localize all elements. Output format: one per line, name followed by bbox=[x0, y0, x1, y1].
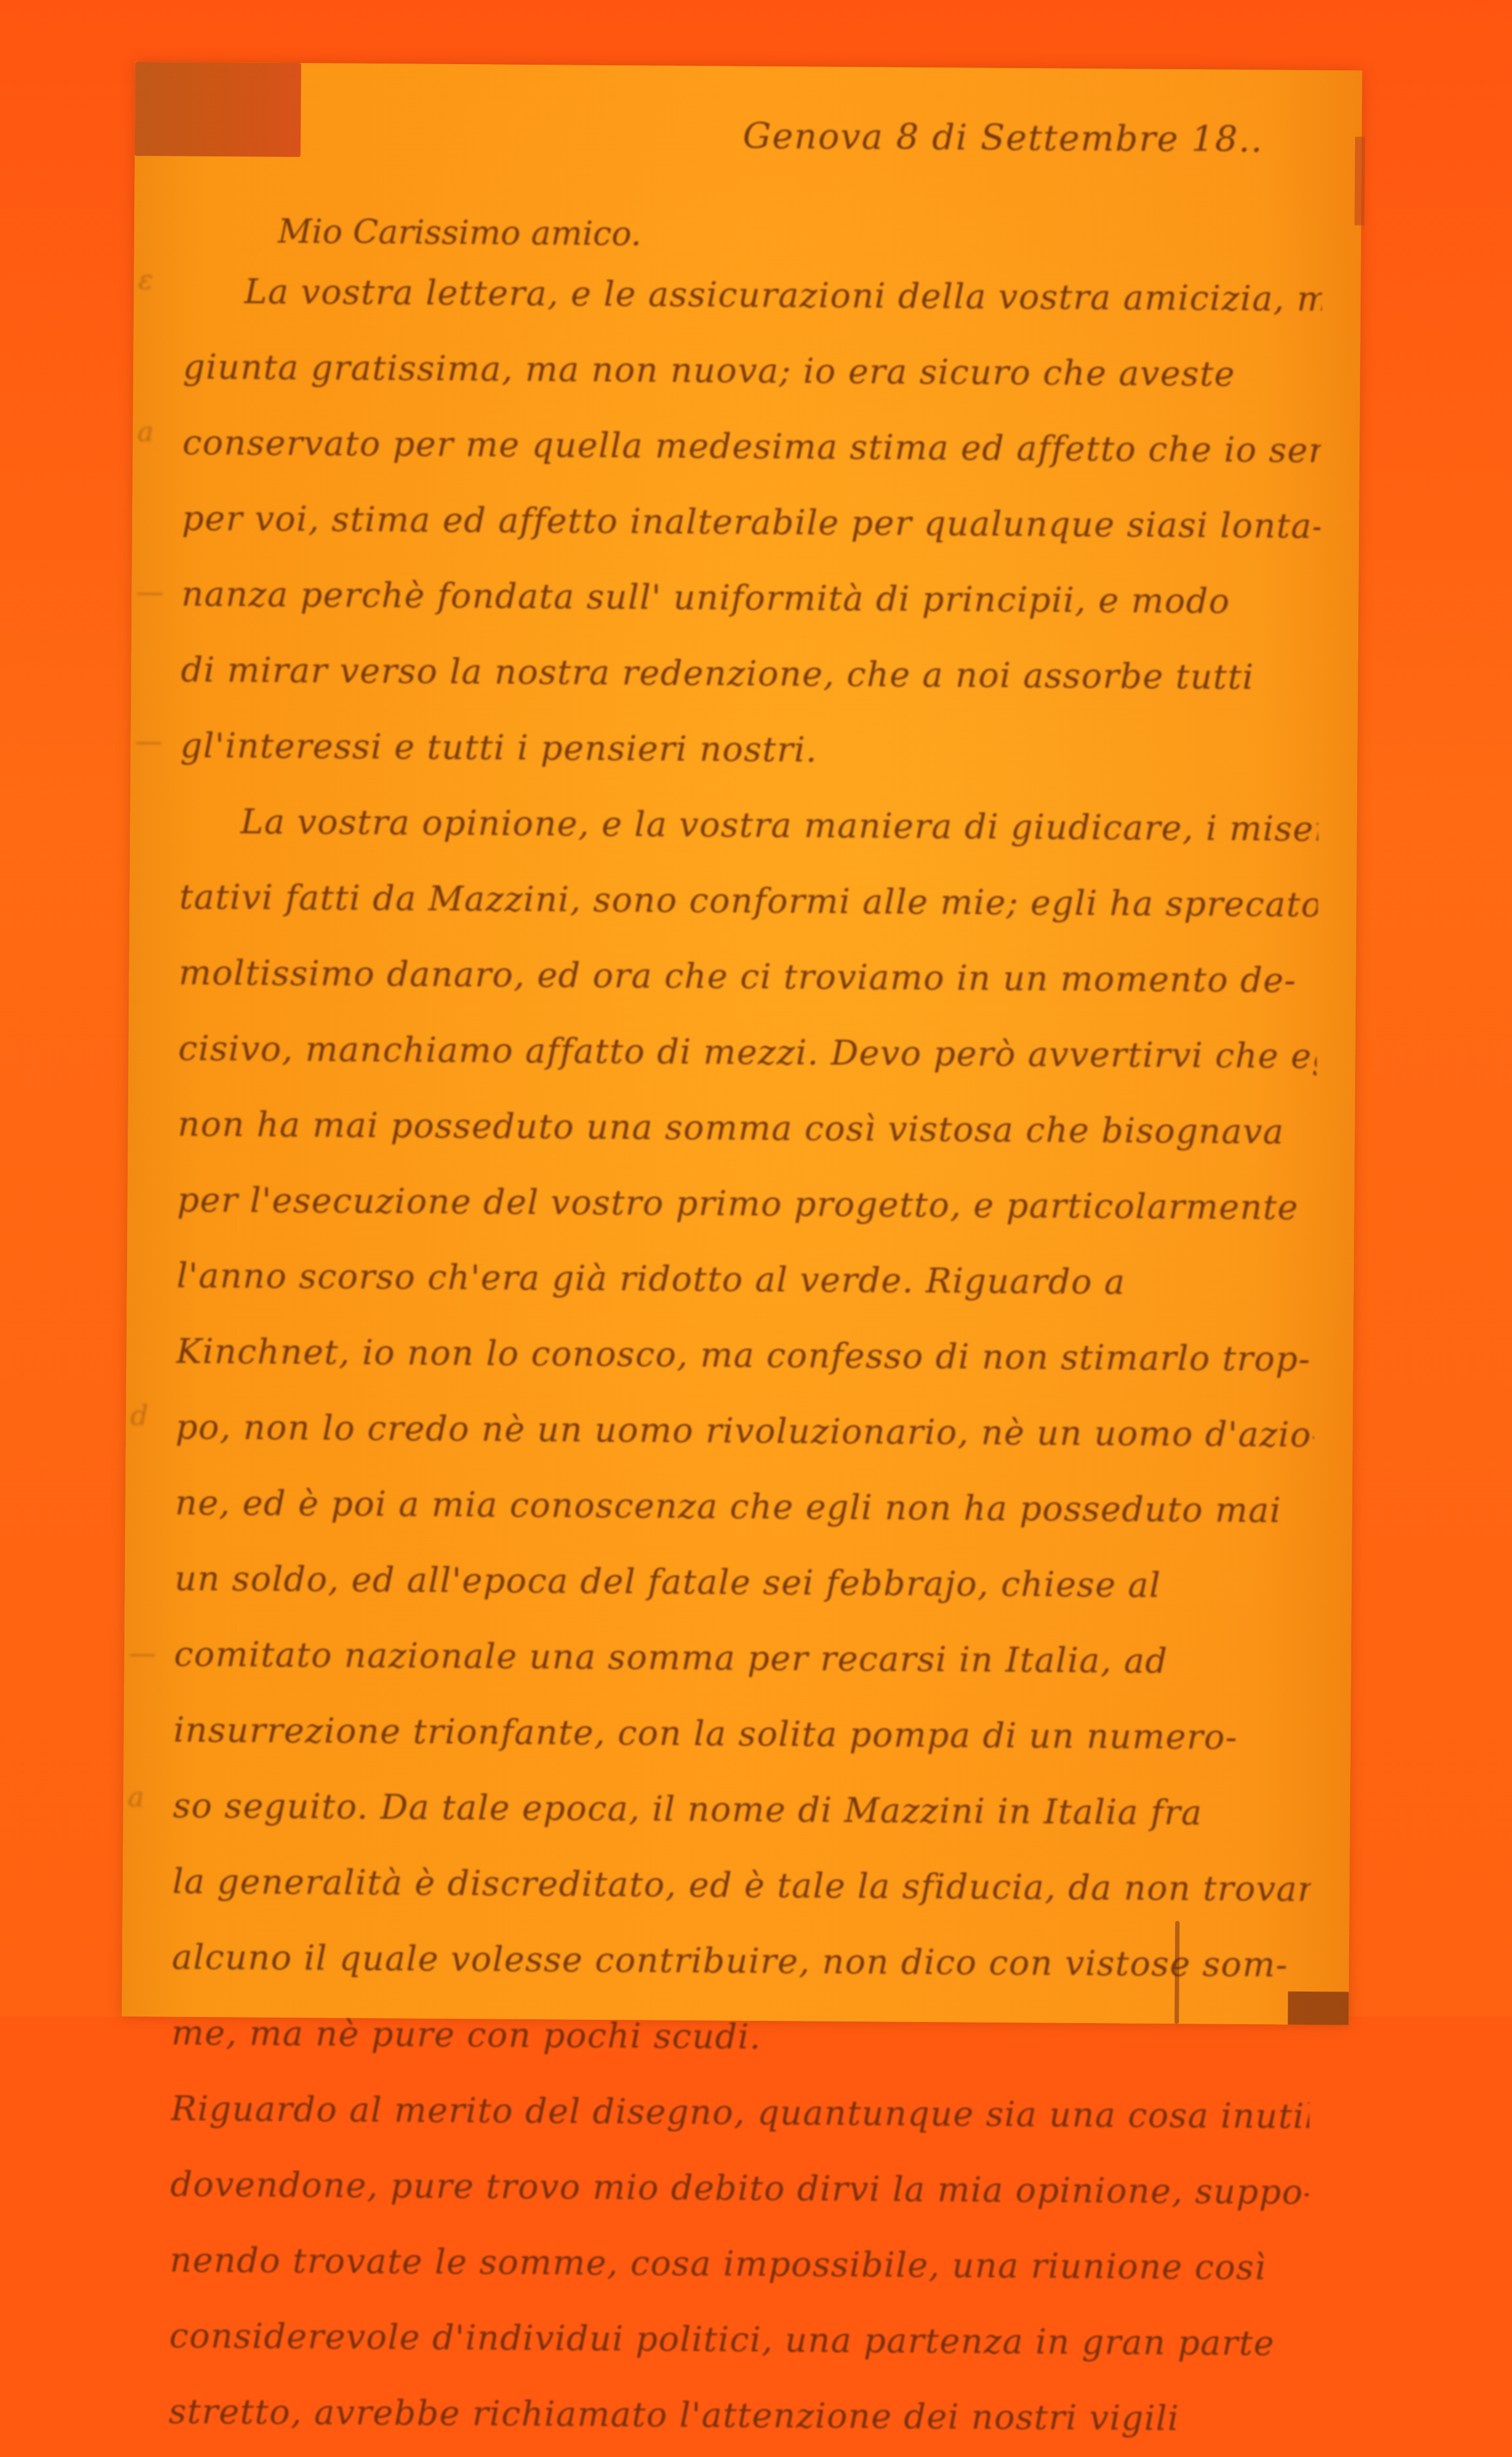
text-line: insurrezione trionfante, con la solita p… bbox=[173, 1692, 1312, 1775]
text-line: tativi fatti da Mazzini, sono conformi a… bbox=[179, 859, 1318, 942]
margin-mark: — bbox=[129, 1637, 156, 1669]
text-line: gl'interessi e tutti i pensieri nostri. bbox=[180, 708, 1319, 791]
text-line: po, non lo credo nè un uomo rivoluzionar… bbox=[175, 1389, 1314, 1473]
paper-edge-stain bbox=[1355, 137, 1365, 225]
text-line: cisivo, manchiamo affatto di mezzi. Devo… bbox=[178, 1010, 1317, 1094]
text-line: ne, ed è poi a mia conoscenza che egli n… bbox=[175, 1465, 1314, 1548]
margin-mark: d bbox=[130, 1400, 148, 1432]
margin-mark: a bbox=[137, 416, 154, 448]
text-line: conservato per me quella medesima stima … bbox=[182, 405, 1321, 488]
text-line: la generalità è discreditato, ed è tale … bbox=[172, 1843, 1311, 1927]
text-line: so seguito. Da tale epoca, il nome di Ma… bbox=[173, 1768, 1312, 1851]
margin-mark: a bbox=[128, 1781, 144, 1813]
text-line: Kinchnet, io non lo conosco, ma confesso… bbox=[176, 1313, 1315, 1397]
margin-mark: — bbox=[135, 725, 162, 757]
tape-strip bbox=[135, 62, 301, 157]
text-line: comitato nazionale una somma per recarsi… bbox=[174, 1616, 1313, 1700]
margin-mark: — bbox=[136, 576, 164, 608]
text-line: giunta gratissima, ma non nuova; io era … bbox=[183, 329, 1322, 412]
text-line: alcuno il quale volesse contribuire, non… bbox=[172, 1919, 1311, 2003]
place-date: Genova 8 di Settembre 18.. bbox=[743, 116, 1263, 161]
letter-page: ε a — — d — a Genova 8 di Settembre 18..… bbox=[122, 62, 1362, 2016]
text-line: La vostra opinione, e la vostra maniera … bbox=[180, 783, 1319, 867]
text-line: un soldo, ed all'epoca del fatale sei fe… bbox=[174, 1541, 1313, 1624]
letter-body: La vostra lettera, e le assicurazioni de… bbox=[169, 253, 1322, 2016]
text-line: non ha mai posseduto una somma così vist… bbox=[177, 1086, 1316, 1170]
salutation: Mio Carissimo amico. bbox=[278, 212, 642, 254]
text-line: l'anno scorso ch'era già ridotto al verd… bbox=[176, 1238, 1315, 1321]
text-line: per voi, stima ed affetto inalterabile p… bbox=[182, 480, 1321, 564]
text-line: nanza perchè fondata sull' uniformità di… bbox=[181, 556, 1320, 640]
text-line: moltissimo danaro, ed ora che ci troviam… bbox=[179, 935, 1317, 1018]
text-line: di mirar verso la nostra redenzione, che… bbox=[181, 632, 1320, 715]
text-line: La vostra lettera, e le assicurazioni de… bbox=[183, 253, 1322, 337]
margin-mark: ε bbox=[138, 264, 153, 296]
text-line: per l'esecuzione del vostro primo proget… bbox=[177, 1162, 1316, 1245]
